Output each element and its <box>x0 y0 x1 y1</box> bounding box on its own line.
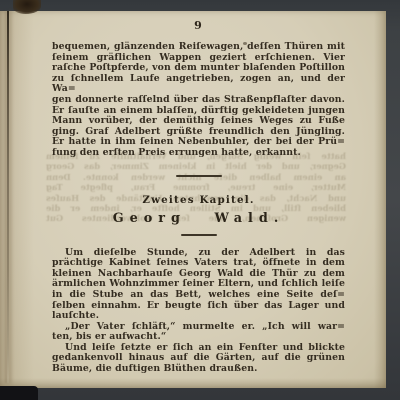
chapter-divider-rule <box>181 234 217 236</box>
text-line: in die Stube an das Bett, welches eine S… <box>52 290 345 301</box>
chapter-kicker: Zweites Kapitel. <box>52 194 345 206</box>
text-column: 9 bequemen, glänzenden Reiſewagen, deſſe… <box>52 19 345 375</box>
paragraph-4: Und leiſe ſetzte er ſich an ein Fenſter … <box>52 343 345 375</box>
chapter-title: Georg Wald. <box>52 211 345 226</box>
text-line: zu ſchnellem Laufe angetrieben, zogen an… <box>52 74 345 95</box>
paragraph-2: Um dieſelbe Stunde, zu der Adelbert in d… <box>52 248 345 322</box>
scan-shadow-patch <box>0 386 38 400</box>
section-divider-rule <box>176 175 222 177</box>
page-right-edge-shadow <box>374 11 386 388</box>
binding-gutter-shadow <box>0 11 34 388</box>
text-line: Bäume, die duftigen Blüthen draußen. <box>52 364 345 375</box>
text-line: bequemen, glänzenden Reiſewagen, deſſen … <box>52 42 345 53</box>
text-line: fung den erſten Preis errungen hatte, er… <box>52 148 345 159</box>
page-bottom-edge-shadow <box>0 378 386 388</box>
paragraph-1: bequemen, glänzenden Reiſewagen, deſſen … <box>52 42 345 159</box>
binding-crease-line <box>7 11 9 383</box>
book-page: hatte ſein wenig Sorgen, und Verhältniſſ… <box>0 11 386 388</box>
page-number: 9 <box>52 19 345 32</box>
paragraph-3: „Der Vater ſchläft,“ murmelte er. „Ich w… <box>52 322 345 343</box>
book-scan-viewport: hatte ſein wenig Sorgen, und Verhältniſſ… <box>0 0 400 400</box>
text-line: gen donnerte raſſelnd über das Straßenpf… <box>52 95 345 106</box>
